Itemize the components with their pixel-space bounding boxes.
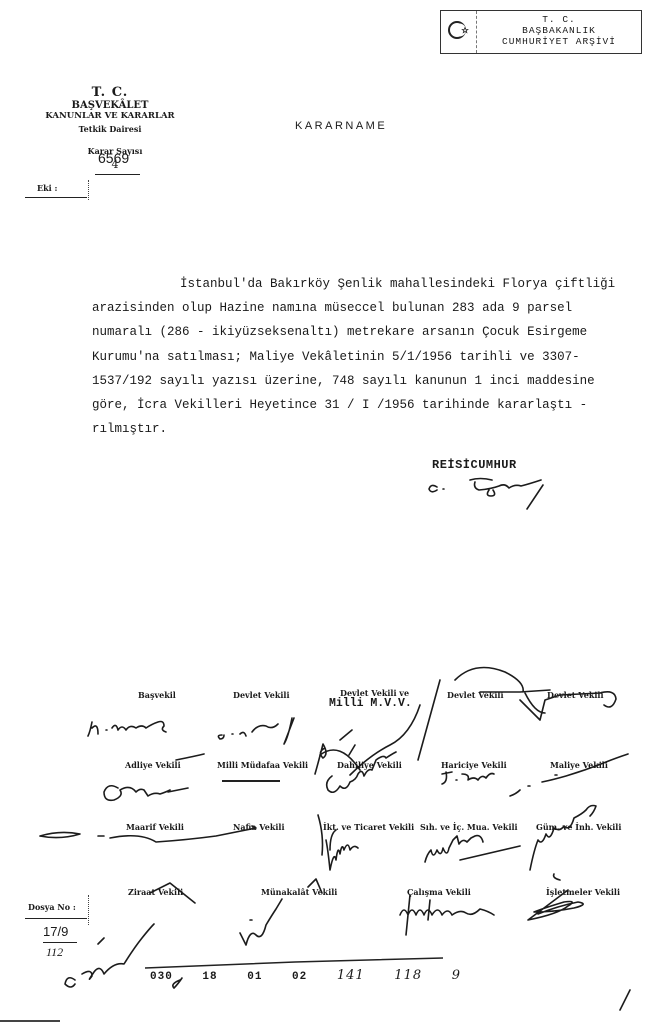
archive-code: 030 18 01 02 141 118 9 [150,968,483,983]
divider [43,942,77,943]
archive-code-part: 02 [292,971,307,983]
archive-code-part: 9 [452,968,461,983]
minister-signatures [0,0,647,1024]
archive-code-part: 18 [202,971,217,983]
archive-code-part: 01 [247,971,262,983]
archive-code-part: 118 [394,968,422,983]
archive-code-part: 030 [150,971,173,983]
divider [0,1020,60,1022]
margin-line [88,895,89,925]
dosya-number: 17/9 [43,924,68,939]
archive-code-part: 141 [337,968,365,983]
dosya-subnumber: 112 [46,945,63,960]
archive-code-rule [145,950,445,970]
divider [25,918,87,919]
dosya-label: Dosya No : [28,902,76,912]
